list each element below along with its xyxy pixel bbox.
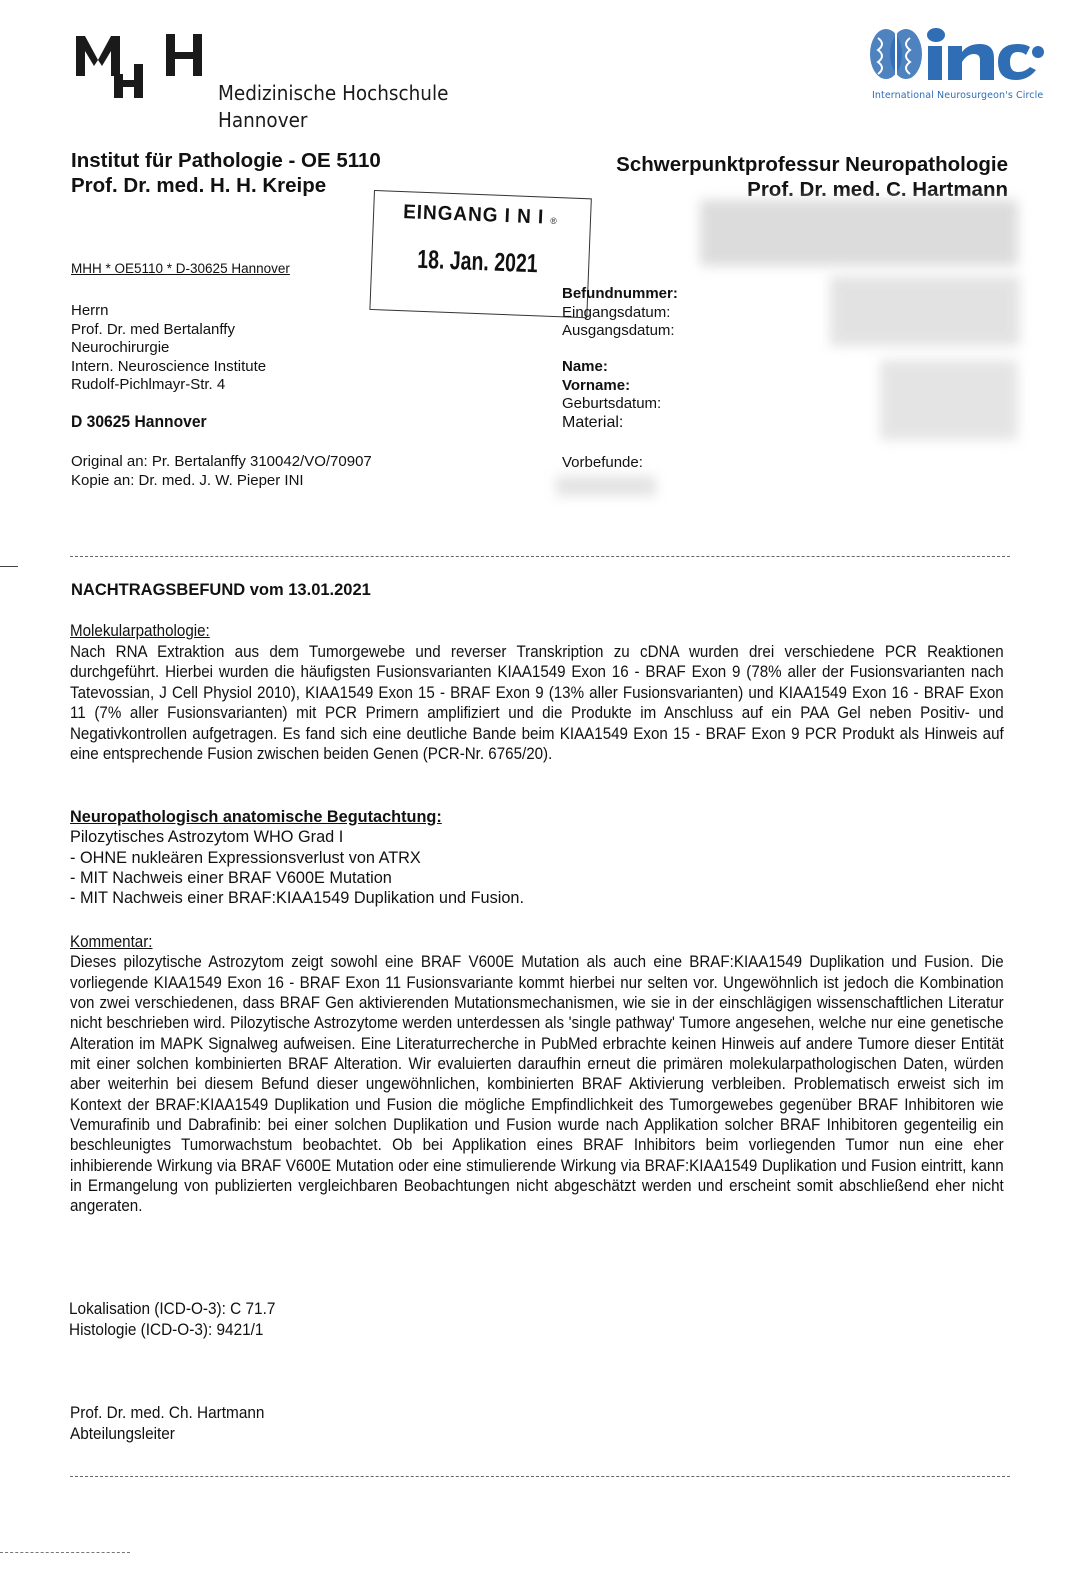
registered-mark-icon: ®: [550, 216, 558, 226]
stamp-title-text: EINGANG I N I: [403, 201, 545, 228]
icd-histologie: Histologie (ICD-O-3): 9421/1: [69, 1320, 275, 1341]
redacted-report-number: [830, 276, 1020, 346]
signature-block: Prof. Dr. med. Ch. Hartmann Abteilungsle…: [70, 1403, 264, 1445]
distribution-list: Original an: Pr. Bertalanffy 310042/VO/7…: [71, 452, 372, 490]
neuropath-heading: Neuropathologisch anatomische Begutachtu…: [70, 807, 1004, 827]
report-title: NACHTRAGSBEFUND vom 13.01.2021: [71, 581, 371, 600]
redacted-address-block: [700, 200, 1018, 266]
icd-codes: Lokalisation (ICD-O-3): C 71.7 Histologi…: [69, 1299, 275, 1341]
department-name: Schwerpunktprofessur Neuropathologie: [616, 152, 1008, 177]
icd-lokalisation: Lokalisation (ICD-O-3): C 71.7: [69, 1299, 275, 1320]
department-head: Prof. Dr. med. C. Hartmann: [616, 177, 1008, 202]
diagnosis-line: - MIT Nachweis einer BRAF V600E Mutation: [70, 868, 1004, 888]
stamp-date: 18. Jan. 2021: [417, 244, 538, 280]
label-vorname: Vorname:: [562, 377, 630, 394]
receipt-stamp: EINGANG I N I ® 18. Jan. 2021: [369, 190, 591, 318]
mhh-logo-icon: [74, 30, 214, 102]
label-material: Material:: [562, 414, 661, 433]
inc-caption: International Neurosurgeon's Circle: [872, 90, 1043, 101]
recipient-address: Herrn Prof. Dr. med Bertalanffy Neurochi…: [71, 302, 266, 395]
report-meta-ids: Befundnummer: Eingangsdatum: Ausgangsdat…: [562, 285, 678, 341]
diagnosis-line: - MIT Nachweis einer BRAF:KIAA1549 Dupli…: [70, 888, 1004, 908]
section-kommentar: Kommentar: Dieses pilozytische Astrozyto…: [70, 932, 1004, 1217]
recipient-city: D 30625 Hannover: [71, 412, 207, 432]
section-neuropathologie: Neuropathologisch anatomische Begutachtu…: [70, 807, 1004, 908]
mhh-name-line1: Medizinische Hochschule: [218, 80, 448, 107]
institute-header: Institut für Pathologie - OE 5110 Prof. …: [71, 148, 381, 198]
return-address: MHH * OE5110 * D-30625 Hannover: [71, 261, 290, 276]
fold-mark: [0, 566, 18, 567]
signatory-role: Abteilungsleiter: [70, 1424, 264, 1445]
fold-mark-bottom: [0, 1552, 130, 1553]
recipient-line: Neurochirurgie: [71, 339, 266, 358]
copy-to: Kopie an: Dr. med. J. W. Pieper INI: [71, 471, 372, 490]
institute-name: Institut für Pathologie - OE 5110: [71, 148, 381, 173]
label-geburtsdatum: Geburtsdatum:: [562, 395, 661, 414]
section-molekularpathologie: Molekularpathologie: Nach RNA Extraktion…: [70, 621, 1004, 765]
divider-top: [70, 556, 1010, 557]
redacted-prior-findings: [556, 476, 656, 496]
label-eingangsdatum: Eingangsdatum:: [562, 304, 678, 323]
signatory-name: Prof. Dr. med. Ch. Hartmann: [70, 1403, 264, 1424]
report-meta-patient: Name: Vorname: Geburtsdatum: Material:: [562, 358, 661, 432]
recipient-line: Intern. Neuroscience Institute: [71, 358, 266, 377]
inc-brain-logo-icon: [868, 26, 1048, 86]
label-vorbefunde: Vorbefunde:: [562, 454, 643, 473]
original-to: Original an: Pr. Bertalanffy 310042/VO/7…: [71, 452, 372, 471]
divider-bottom: [70, 1476, 1010, 1477]
redacted-patient-data: [880, 360, 1018, 440]
diagnosis-line: Pilozytisches Astrozytom WHO Grad I: [70, 827, 1004, 847]
molekular-heading: Molekularpathologie:: [70, 621, 1004, 642]
diagnosis-line: - OHNE nukleären Expressionsverlust von …: [70, 848, 1004, 868]
recipient-line: Herrn: [71, 302, 266, 321]
molekular-text: Nach RNA Extraktion aus dem Tumorgewebe …: [70, 642, 1004, 765]
label-name: Name:: [562, 358, 608, 375]
recipient-line: Prof. Dr. med Bertalanffy: [71, 321, 266, 340]
label-ausgangsdatum: Ausgangsdatum:: [562, 322, 678, 341]
recipient-line: Rudolf-Pichlmayr-Str. 4: [71, 376, 266, 395]
department-header: Schwerpunktprofessur Neuropathologie Pro…: [616, 152, 1008, 202]
mhh-name: Medizinische Hochschule Hannover: [218, 80, 448, 134]
kommentar-heading: Kommentar:: [70, 932, 1004, 952]
institute-director: Prof. Dr. med. H. H. Kreipe: [71, 173, 381, 198]
kommentar-text: Dieses pilozytische Astrozytom zeigt sow…: [70, 952, 1004, 1216]
mhh-name-line2: Hannover: [218, 107, 448, 134]
label-befundnummer: Befundnummer:: [562, 285, 678, 302]
